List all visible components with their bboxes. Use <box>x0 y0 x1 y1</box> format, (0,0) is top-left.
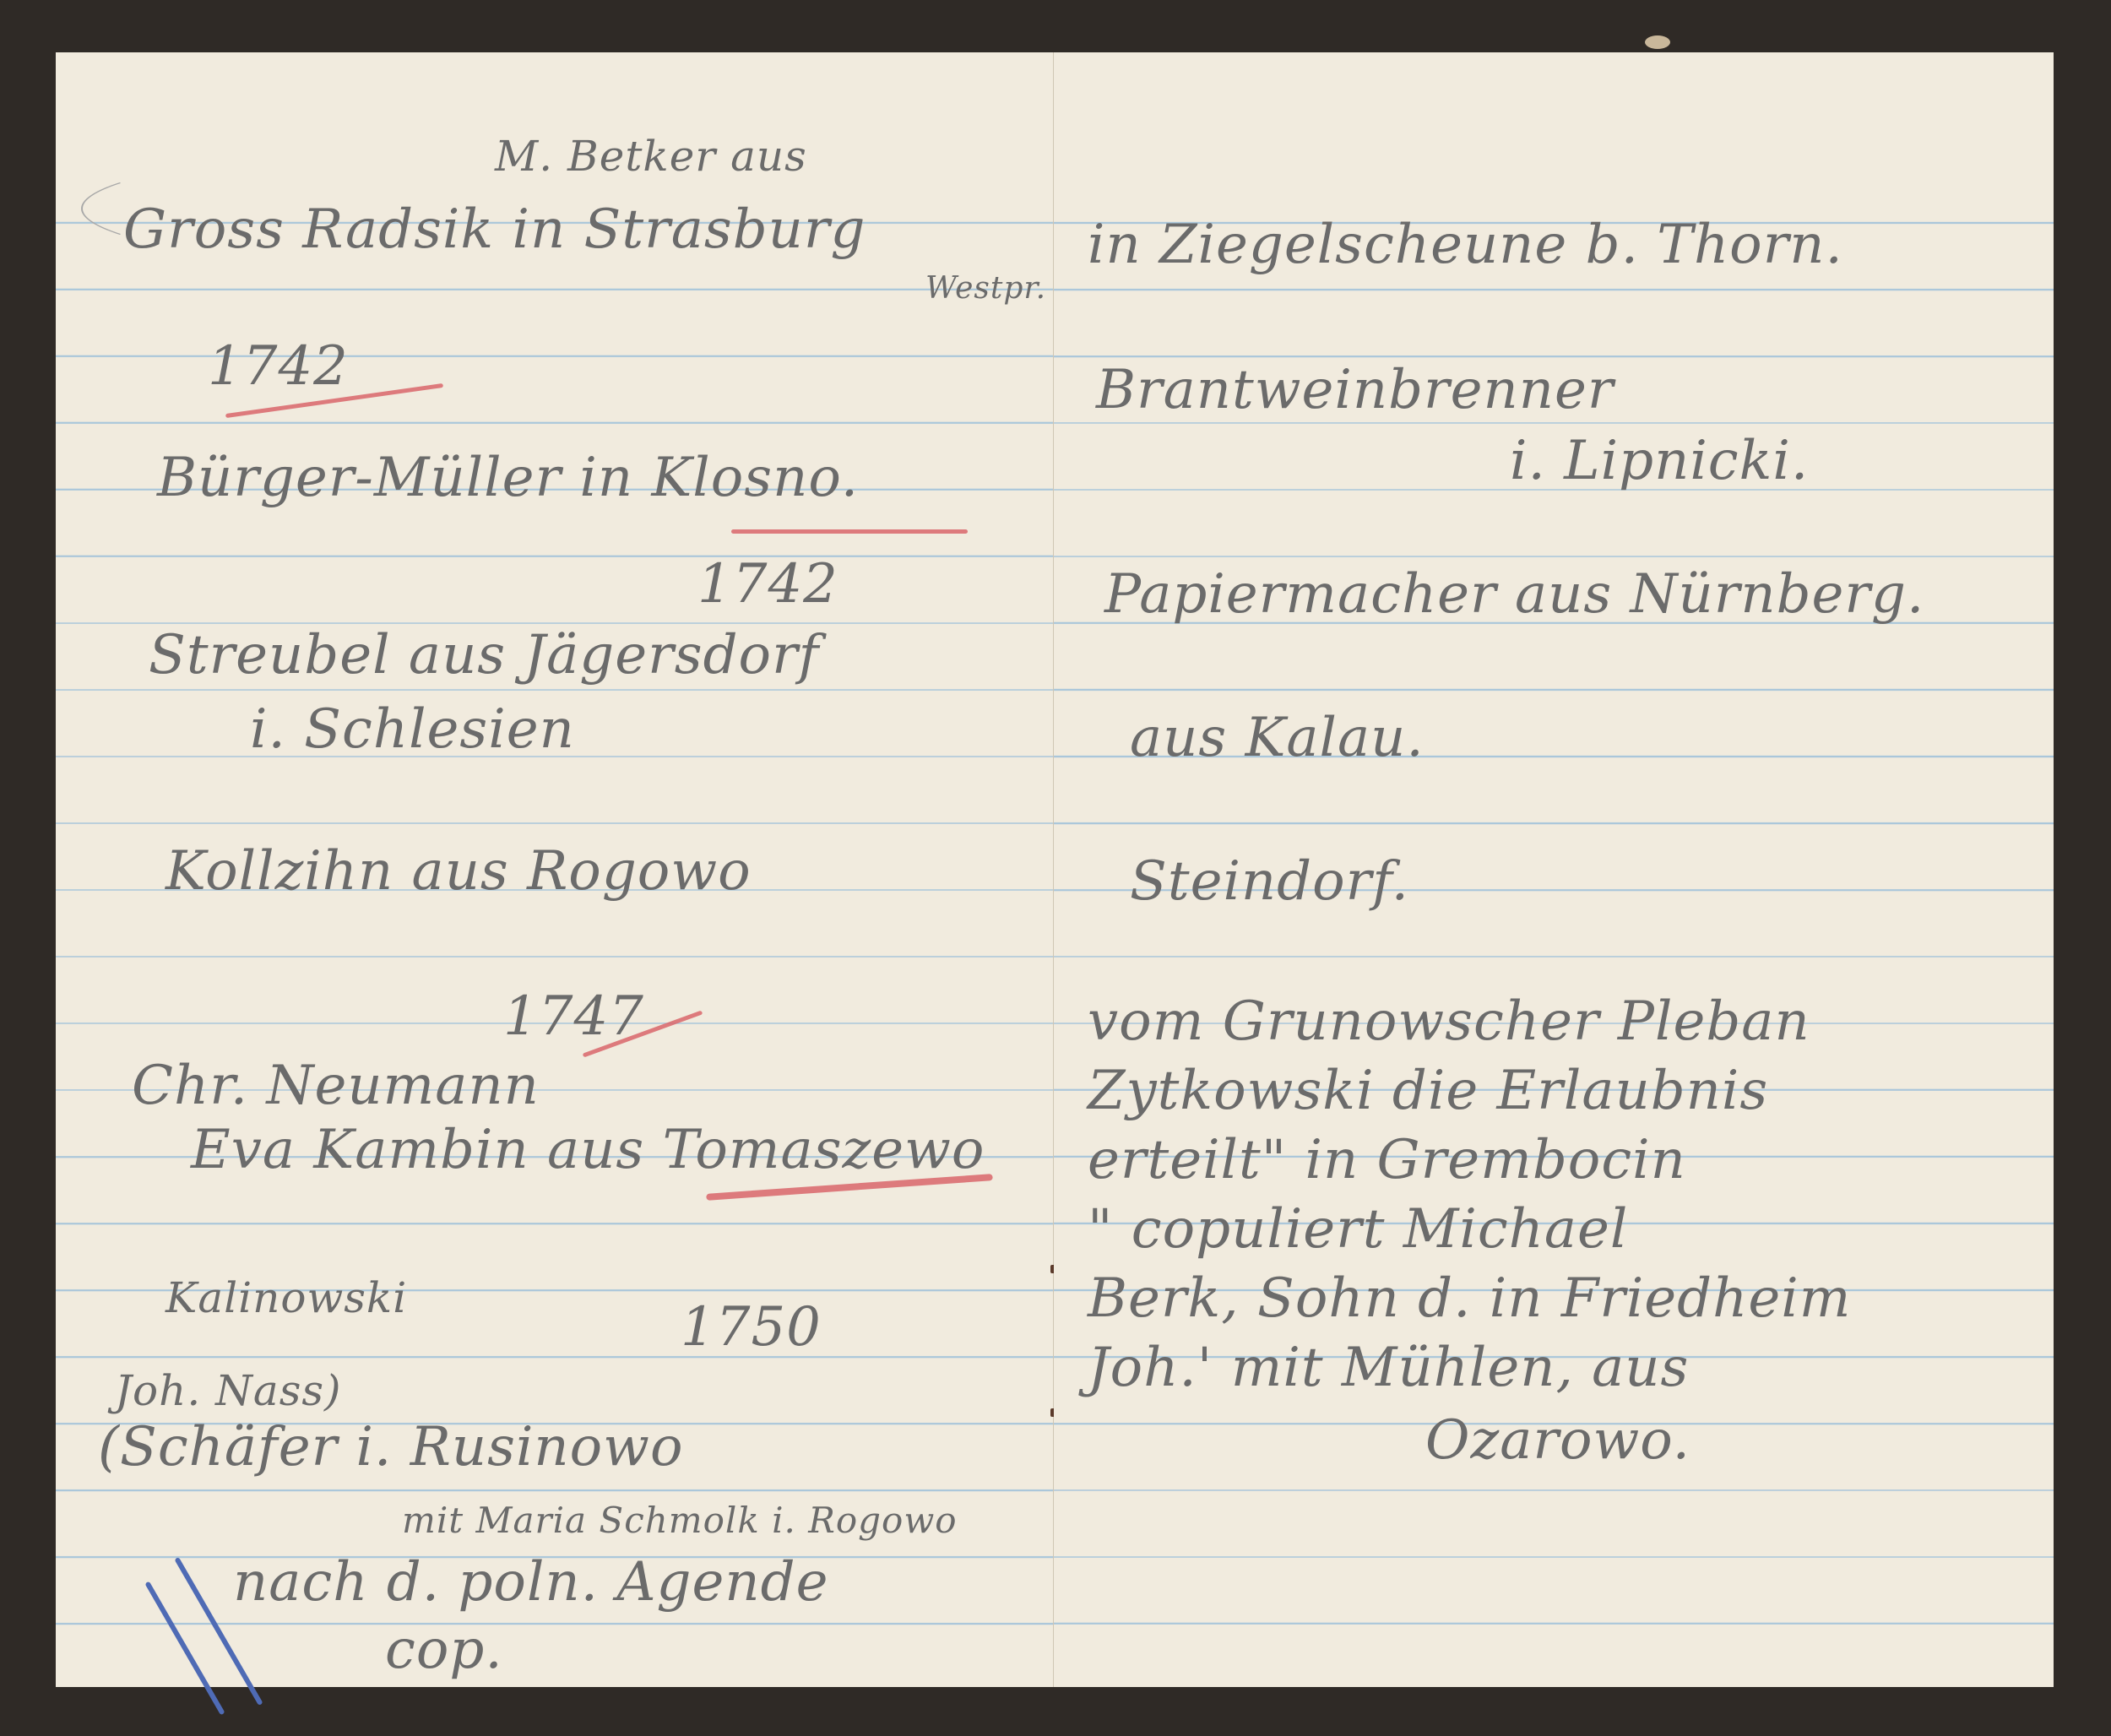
handwritten-line: in Ziegelscheune b. Thorn. <box>1088 218 1843 272</box>
handwritten-line: " copuliert Michael <box>1088 1202 1628 1256</box>
year-label: 1742 <box>208 339 349 393</box>
handwritten-line: M. Betker aus <box>495 135 807 177</box>
handwritten-line: Kalinowski <box>166 1277 407 1319</box>
handwritten-line: Joh.' mit Mühlen, aus <box>1088 1341 1689 1395</box>
right-page: in Ziegelscheune b. Thorn. Brantweinbren… <box>1054 52 2054 1687</box>
year-label: 1747 <box>503 990 644 1044</box>
handwritten-line: aus Kalau. <box>1130 711 1425 765</box>
notebook-spread: M. Betker aus Gross Radsik in Strasburg … <box>56 52 2054 1687</box>
handwritten-line: Chr. Neumann <box>132 1059 540 1113</box>
handwritten-line: i. Lipnicki. <box>1510 434 1809 488</box>
handwritten-line: Brantweinbrenner <box>1096 363 1614 417</box>
handwritten-line: i. Schlesien <box>250 703 575 757</box>
handwritten-line: Ozarowo. <box>1425 1413 1690 1467</box>
handwritten-line: Eva Kambin aus Tomaszewo <box>191 1123 985 1177</box>
handwritten-line: vom Grunowscher Pleban <box>1088 995 1810 1049</box>
handwritten-line: erteilt" in Grembocin <box>1088 1133 1686 1187</box>
handwritten-line: mit Maria Schmolk i. Rogowo <box>402 1503 958 1538</box>
handwritten-line: Bürger-Müller in Klosno. <box>157 451 859 505</box>
handwritten-line: Zytkowski die Erlaubnis <box>1088 1064 1768 1118</box>
handwritten-line: Steindorf. <box>1130 854 1409 909</box>
handwritten-line: Papiermacher aus Nürnberg. <box>1104 567 1924 621</box>
handwritten-line: Berk, Sohn d. in Friedheim <box>1088 1272 1851 1326</box>
handwritten-line: Gross Radsik in Strasburg <box>123 203 866 257</box>
left-page: M. Betker aus Gross Radsik in Strasburg … <box>56 52 1054 1687</box>
paper-speck <box>1645 35 1670 49</box>
handwritten-line: Joh. Nass) <box>115 1370 342 1412</box>
handwritten-line: (Schäfer i. Rusinowo <box>98 1420 683 1474</box>
handwritten-line: Streubel aus Jägersdorf <box>149 628 819 682</box>
red-underline-mark <box>731 529 968 534</box>
handwritten-line: Kollzihn aus Rogowo <box>166 844 752 898</box>
blue-pencil-mark <box>144 1581 225 1716</box>
handwritten-line: Westpr. <box>925 274 1046 304</box>
handwritten-line: nach d. poln. Agende <box>233 1555 828 1609</box>
year-label: 1750 <box>681 1300 822 1354</box>
handwritten-line: cop. <box>385 1623 503 1677</box>
year-label: 1742 <box>697 557 838 611</box>
